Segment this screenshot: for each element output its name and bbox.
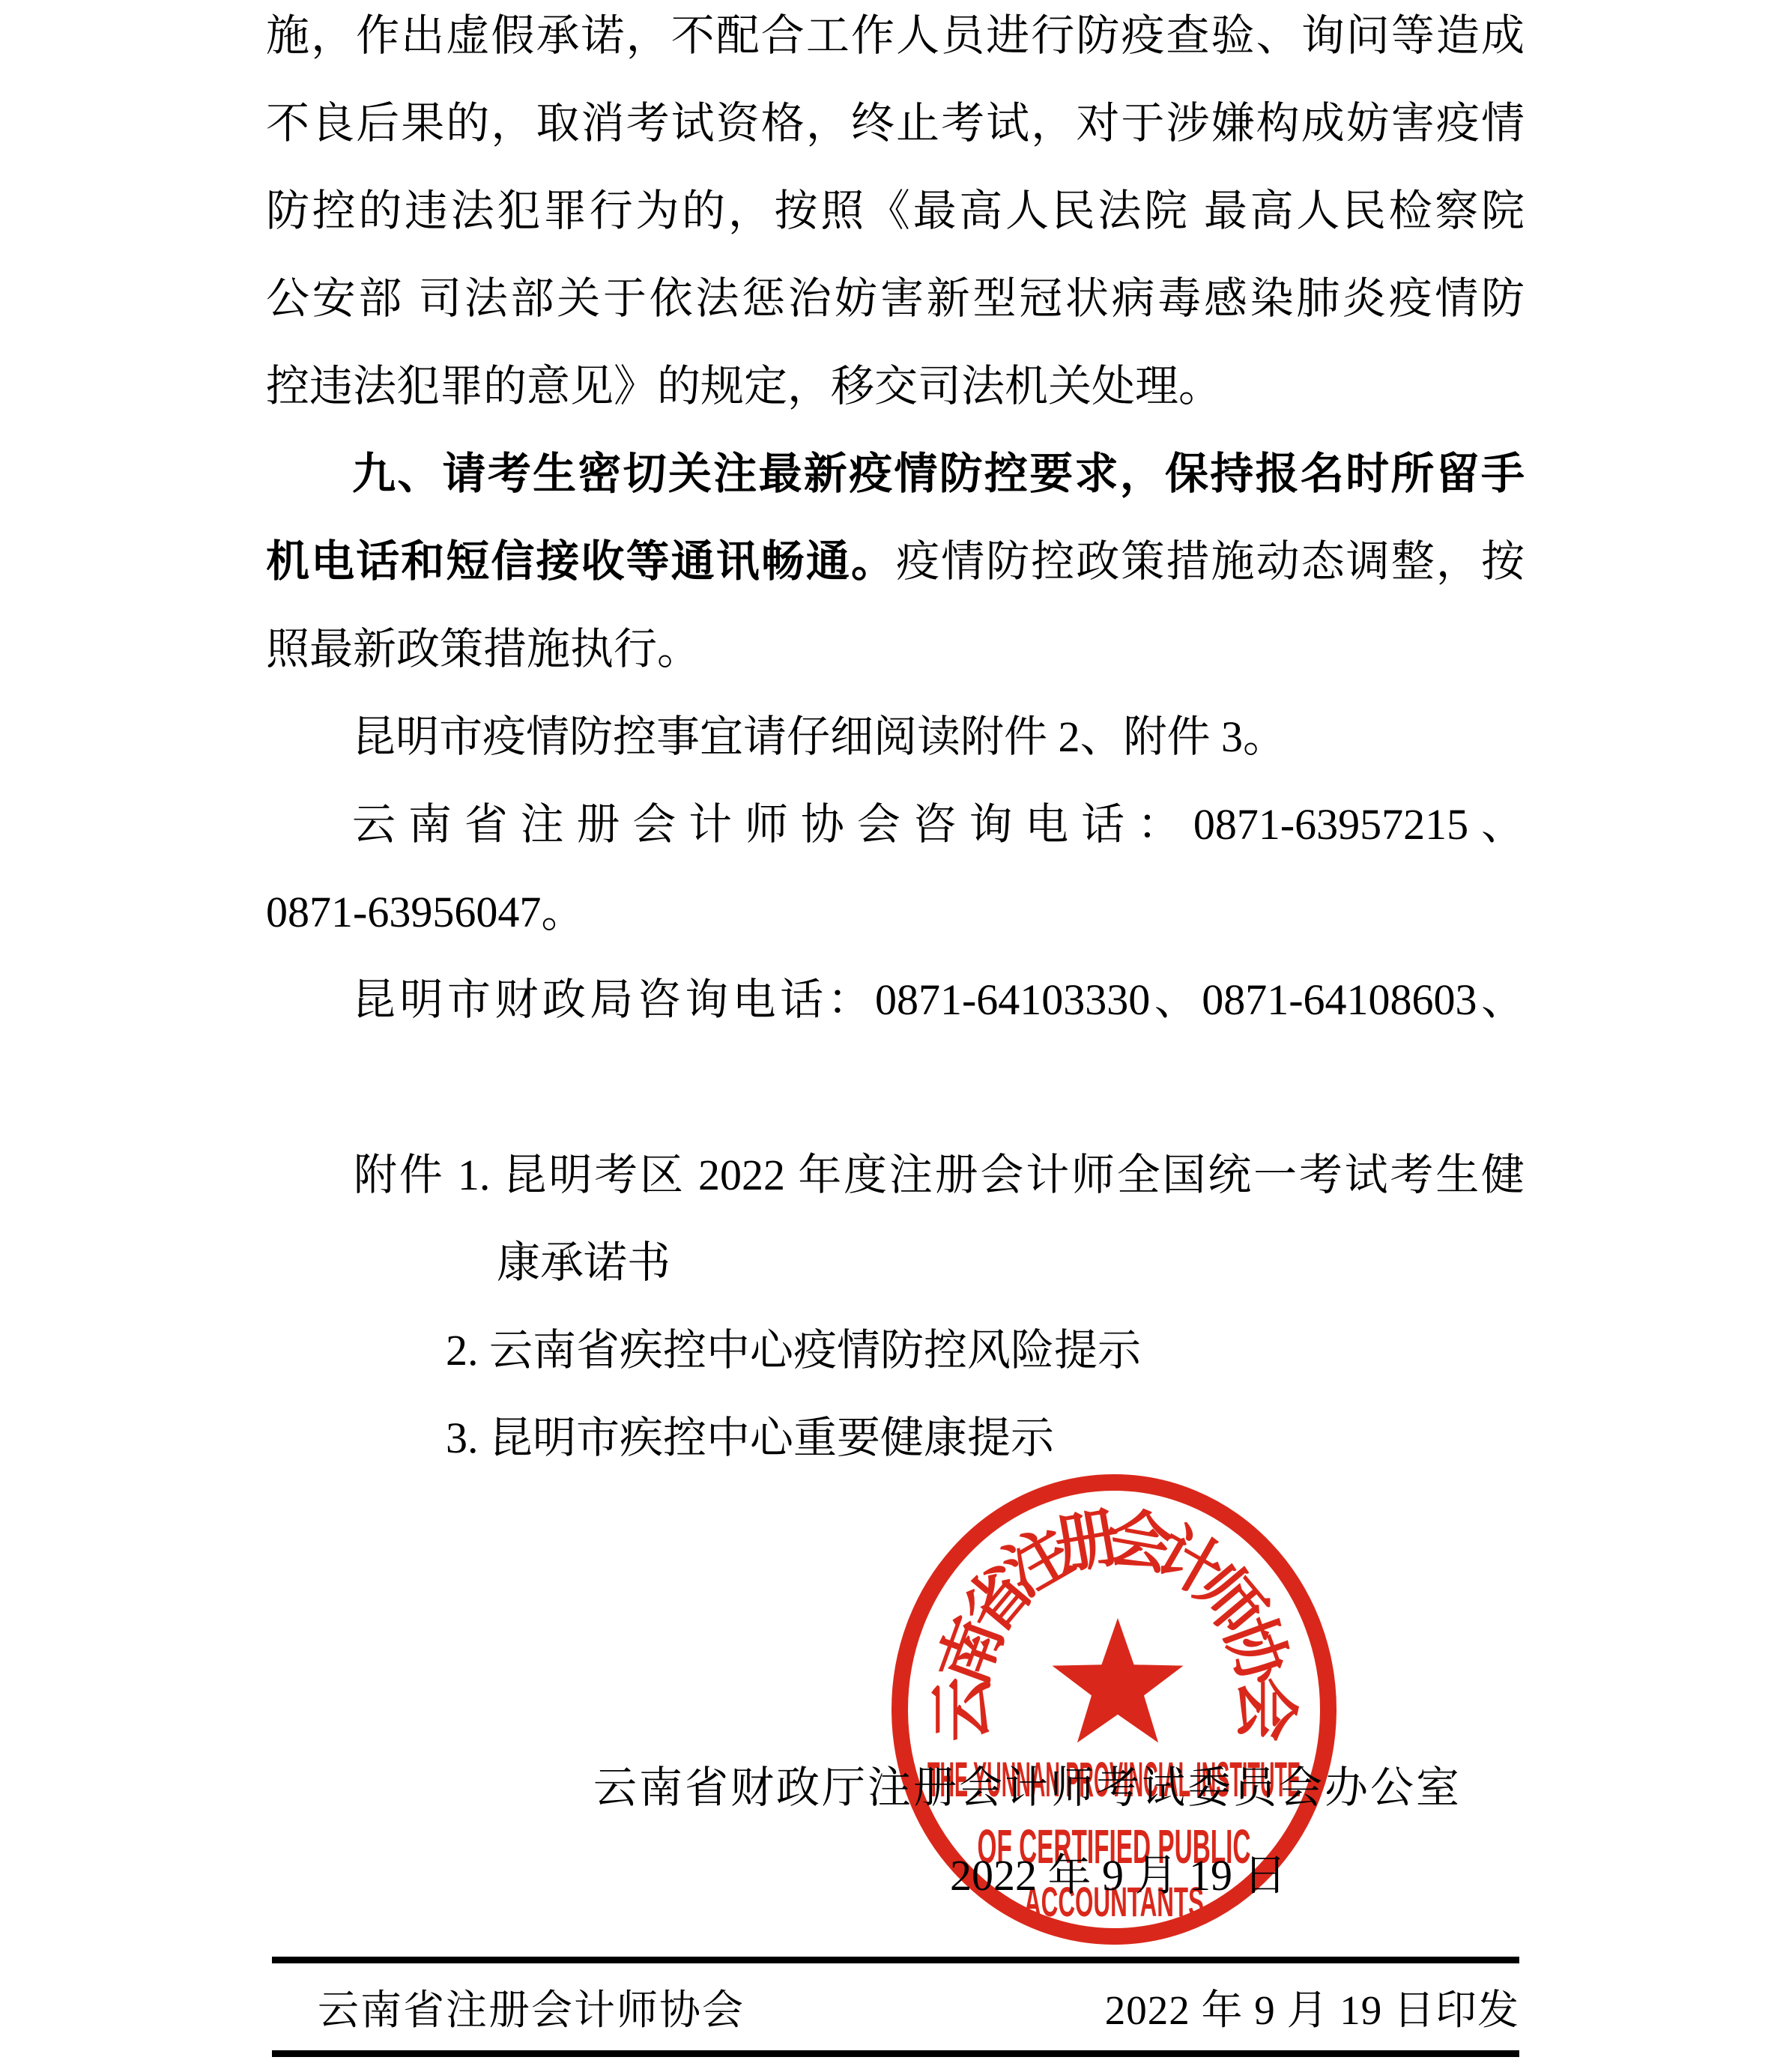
attachment-item-1: 附件 1. 昆明考区 2022 年度注册会计师全国统一考试考生健 <box>266 1131 1525 1219</box>
footer-rule-bottom <box>272 2050 1519 2057</box>
footer-issuer: 云南省注册会计师协会 <box>272 1984 745 2037</box>
star-icon <box>1053 1618 1184 1742</box>
document-date: 2022 年 9 月 19 日 <box>950 1850 1287 1902</box>
footer: 云南省注册会计师协会 2022 年 9 月 19 日印发 <box>272 1984 1519 2037</box>
body-line-phone: 0871-63956047。 <box>266 868 1525 956</box>
body-line-emphasis-part: 机电话和短信接收等通讯畅通。 <box>266 537 896 586</box>
attachment-item-3: 3. 昆明市疾控中心重要健康提示 <box>266 1394 1525 1482</box>
body-line-phone: 昆明市财政局咨询电话：0871-64103330、0871-64108603、 <box>266 956 1525 1043</box>
document-page: 施，作出虚假承诺，不配合工作人员进行防疫查验、询问等造成 不良后果的，取消考试资… <box>0 0 1786 2072</box>
document-body: 施，作出虚假承诺，不配合工作人员进行防疫查验、询问等造成 不良后果的，取消考试资… <box>266 0 1525 1482</box>
body-line-phone: 云南省注册会计师协会咨询电话：0871-63957215、 <box>266 781 1525 868</box>
seal-arc-char: 南 <box>927 1609 1017 1694</box>
seal-arc-char: 会 <box>1102 1501 1178 1583</box>
body-line: 昆明市疫情防控事宜请仔细阅读附件 2、附件 3。 <box>266 693 1525 781</box>
body-line-regular-part: 疫情防控政策措施动态调整，按 <box>896 537 1525 586</box>
body-line: 控违法犯罪的意见》的规定，移交司法机关处理。 <box>266 342 1525 430</box>
seal-arc-char: 师 <box>1181 1552 1278 1648</box>
body-line-emphasis: 九、请考生密切关注最新疫情防控要求，保持报名时所留手 <box>266 430 1525 518</box>
footer-print-date: 2022 年 9 月 19 日印发 <box>1105 1984 1519 2037</box>
issuing-office: 云南省财政厅注册会计师考试委员会办公室 <box>593 1762 1462 1814</box>
seal-arc-char: 会 <box>1229 1677 1301 1742</box>
footer-rule-top <box>272 1957 1519 1963</box>
seal-arc-char: 册 <box>1050 1501 1125 1583</box>
body-line: 不良后果的，取消考试资格，终止考试，对于涉嫌构成妨害疫情 <box>266 79 1525 167</box>
seal-arc-char: 云 <box>927 1677 999 1742</box>
body-line: 施，作出虚假承诺，不配合工作人员进行防疫查验、询问等造成 <box>266 0 1525 79</box>
seal-arc-char: 注 <box>993 1515 1084 1609</box>
body-line: 机电话和短信接收等通讯畅通。疫情防控政策措施动态调整，按 <box>266 518 1525 605</box>
seal-arc-char: 计 <box>1144 1515 1235 1609</box>
body-line: 公安部 司法部关于依法惩治妨害新型冠状病毒感染肺炎疫情防 <box>266 255 1525 342</box>
body-line: 照最新政策措施执行。 <box>266 605 1525 693</box>
attachment-item-1-cont: 康承诺书 <box>266 1219 1525 1306</box>
attachment-item-2: 2. 云南省疾控中心疫情防控风险提示 <box>266 1306 1525 1394</box>
seal-arc-char: 协 <box>1211 1609 1302 1696</box>
seal-arc-char: 省 <box>950 1552 1047 1648</box>
body-line: 防控的违法犯罪行为的，按照《最高人民法院 最高人民检察院 <box>266 167 1525 255</box>
